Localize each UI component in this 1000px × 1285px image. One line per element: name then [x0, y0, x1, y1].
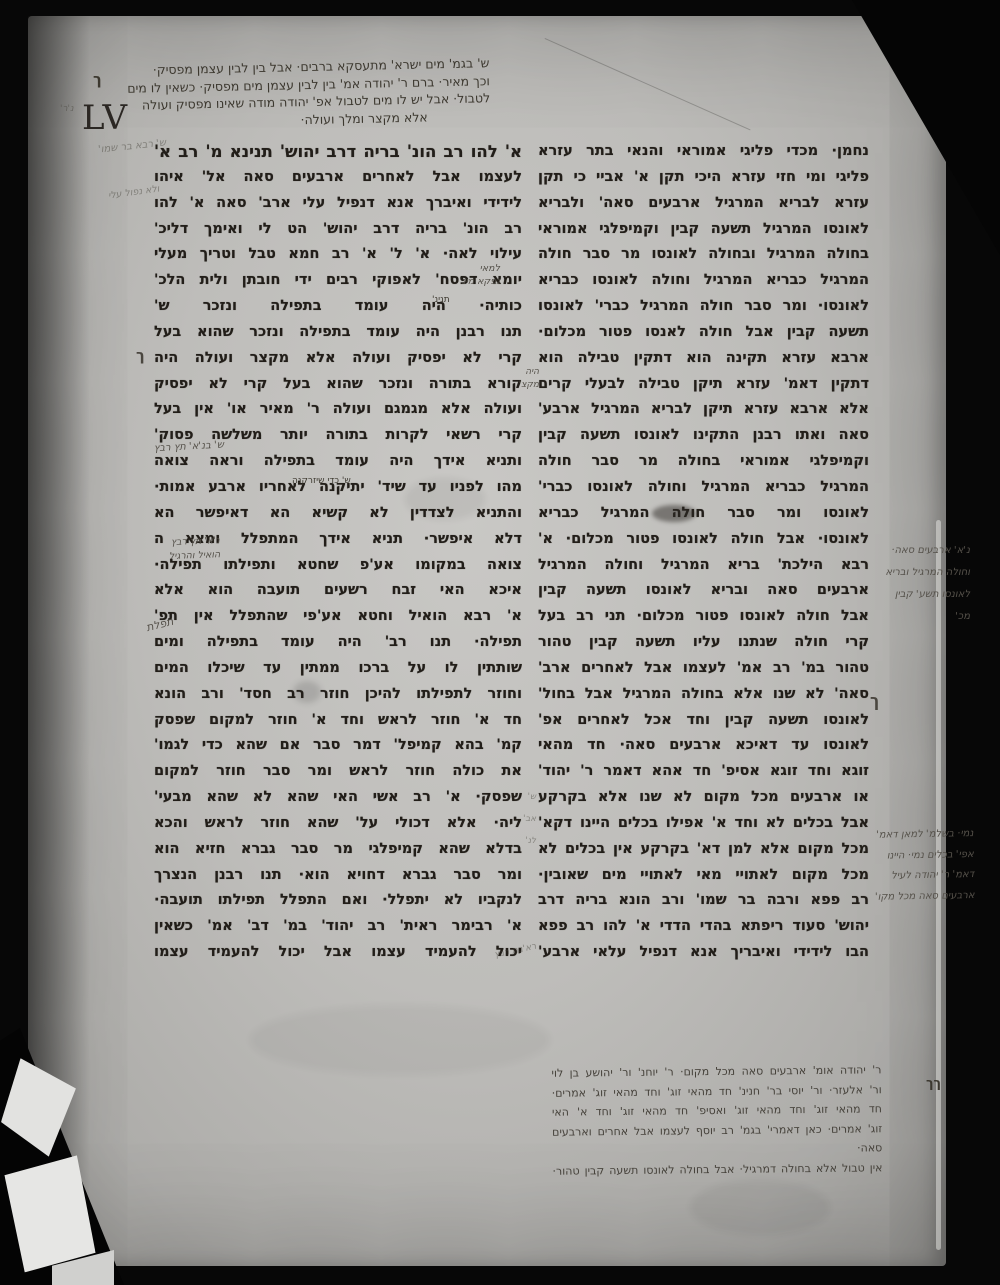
- text-line: ועולה אלא מגמגם ועולה ר' מאיר או' אין בע…: [154, 397, 522, 423]
- text-line: א' רבא הואיל וחטא אע'פי שהתפלל אין תפ': [154, 604, 522, 630]
- text-line: לעצמו אבל לאחרים ארבעים סאה אל' איהו: [154, 165, 522, 191]
- text-line: והתניא לצדדין לא קשיא הא דאיפשר הא: [154, 501, 522, 527]
- text-line: קרי חולה שנתנו עליו תשעה קבין טהור: [538, 630, 869, 656]
- text-line: סאה ואתו רבנן התקינו לאונסו תשעה קבין: [538, 423, 869, 449]
- left-margin-cursive-note: נ'א' תץ רבץהואיל והרגיל: [118, 534, 221, 566]
- text-line: ליה· אלא דכולי על' שהא חוזר לראש והכא: [154, 811, 522, 837]
- text-line: הבו לידידי ואיבריך אנא דנפיל עלאי ארבע': [538, 940, 869, 966]
- text-line: מכל מקום אלא למן דא' בקרקע אין בכלים לא: [538, 837, 869, 863]
- right-margin-siglum-kaf: ך: [870, 691, 879, 710]
- gloss-line: נמי· בשלמ' למאן דאמ': [861, 824, 973, 846]
- bottom-marginal-gloss: ר' יהודה אומ' ארבעים סאה מכל מקום· ר' יו…: [551, 1060, 882, 1180]
- text-line: אלא ארבא עזרא תיקן לבריא המרגיל ארבע': [538, 397, 869, 423]
- text-line: ארבעים סאה ובריא לאונסו תשעה קבין: [538, 578, 869, 604]
- folio-number: LV: [82, 98, 129, 138]
- right-margin-note-bottom: נמי· בשלמ' למאן דאמ'אפי' בכלים נמי· היינ…: [861, 824, 974, 908]
- text-line: לנקביו לא יתפלל· ואם התפלל תפילתו תועבה·: [154, 888, 522, 914]
- gutter-note-mekatzer: היהמקצ': [505, 366, 539, 392]
- text-line: פליגי ומי חזי עזרא היכי תקן א' אביי כי ת…: [538, 165, 869, 191]
- text-line: לאונסו תשעה קבין וחד אכל לאחרים אפ': [538, 708, 869, 734]
- text-line: שותתין לו על ברכו ממתין עד שיכלו המים: [154, 656, 522, 682]
- text-line: לאונסו עד דאיכא ארבעים סאה· חד מהאי: [538, 733, 869, 759]
- siglum-mark: אב': [512, 808, 536, 830]
- text-line: רבא הילכת' בריא המרגיל וחולה המרגיל: [538, 553, 869, 579]
- text-line: לידידי ואיברך אנא דנפיל עלי ארב' סאה א' …: [154, 191, 522, 217]
- nun-resh-siglum: נ'ר': [60, 104, 74, 114]
- text-line: יכול להעמיד עצמו אבל יכול להעמיד עצמו: [154, 940, 522, 966]
- text-line: ומר סבר גברא דחויא הוא· תנו רבנן הנצרך: [154, 863, 522, 889]
- text-line: נחמן· מכדי פליגי אמוראי והנאי בתר עזרא: [538, 139, 869, 165]
- left-margin-siglum-kaf: ך: [136, 346, 145, 364]
- text-line: מכל מקום לאתויי מאי לאתויי מים שאובין·: [538, 863, 869, 889]
- gloss-line: נ'א' ארבעים סאה·: [874, 540, 970, 562]
- text-line: אבל חולה לאונסו פטור מכלום· תני רב בעל: [538, 604, 869, 630]
- gloss-line: ארבעים סאה מכל מקו': [862, 886, 974, 908]
- ink-smudge-erasure: [652, 505, 696, 522]
- text-line: בחולה המרגיל ובחולה לאונסו מר סבר חולה: [538, 242, 869, 268]
- text-line: זוגא וחד זוגא אסיפ' חד אהא דאמר ר' יהוד': [538, 759, 869, 785]
- right-margin-note-top: נ'א' ארבעים סאה·וחולה המרגיל ובריאלאונסו…: [874, 540, 970, 628]
- gloss-line: למאי: [436, 262, 500, 275]
- text-line: תנו רבנן היה עומד בתפילה ונזכר שהוא בעל: [154, 320, 522, 346]
- text-line: או ארבעים מכל מקום לא שנו אלא בקרקע: [538, 785, 869, 811]
- main-text-column-right: נחמן· מכדי פליגי אמוראי והנאי בתר עזראפל…: [538, 139, 869, 966]
- text-line: את כולה חוזר לראש ומר סבר חוזר למקום: [154, 759, 522, 785]
- text-line: תפילה· תנו רב' היה עומד בתפילה ומים: [154, 630, 522, 656]
- gloss-line: דאמ' ר' יהודה לעיל: [862, 865, 974, 887]
- gloss-line: היה: [505, 366, 539, 379]
- top-marginal-gloss: ש' בגמ' מים ישרא' מתעסקא ברבים· אבל בין …: [124, 54, 490, 132]
- gloss-line: לאונסו תשע' קבין: [874, 584, 970, 606]
- gloss-line: נפקא מינ': [436, 275, 500, 288]
- stain: [250, 1005, 550, 1075]
- text-line: אבל בכלים לא וחד א' אפילו בכלים היינו דק…: [538, 811, 869, 837]
- text-line: לאונסו· ומר סבר חולה המרגיל כברי' לאונסו: [538, 294, 869, 320]
- text-line: יהוש' סעוד ריפתא בהדי הדדי א' להו רב פפא: [538, 914, 869, 940]
- siglum-mark: לנ': [512, 830, 536, 852]
- text-line: תשעה קבין אבל חולה לאנסו פטור מכלום·: [538, 320, 869, 346]
- text-line: שפסק· א' רב אשי האי שהא לא שהא מבעי': [154, 785, 522, 811]
- text-line: המרגיל כבריא המרגיל וחולה לאונסו כברי': [538, 475, 869, 501]
- gloss-line: מקצ': [505, 379, 539, 392]
- siglum-mark: ש': [512, 786, 536, 808]
- gloss-line: זוג' אמרים· כאן דאמרי' בגמ' רב יוסף לעצמ…: [552, 1119, 882, 1161]
- bottom-gloss-siglum: ךך: [926, 1076, 941, 1091]
- text-line: קמ' בהא קמיפל' דמר סבר אם שהא כדי לגמו': [154, 733, 522, 759]
- text-line: עזרא לבריא המרגיל ארבעים סאה' ולבריא: [538, 191, 869, 217]
- text-line: כותיה· היה עומד בתפילה ונזכר ש': [154, 294, 522, 320]
- text-line: א' להו רב הונ' בריה דרב יהוש' תנינא מ' ר…: [154, 139, 522, 165]
- text-line: קורא בתורה ונזכר שהוא בעל קרי לא יפסיק: [154, 372, 522, 398]
- text-line: טהור במ' רב אמ' לעצמו אבל לאחרים ארב': [538, 656, 869, 682]
- text-line: דתקין דאמ' עזרא תיקן טבילה לבעלי קרים: [538, 372, 869, 398]
- gutter-sigla-column: ש'אב'לנ': [512, 786, 536, 852]
- text-line: א' רבימר ראית' רב יהוד' במ' דב' אמ' כשאי…: [154, 914, 522, 940]
- manuscript-scan: LV ך נ'ר' ש' בגמ' מים ישרא' מתעסקא ברבים…: [0, 0, 1000, 1285]
- text-line: רב הונ' בריה דרב יהוש' הט לי ואימך דליכ': [154, 217, 522, 243]
- gloss-line: אפי' בכלים נמי· היינו: [862, 845, 974, 867]
- text-line: קרי לא יפסיק ועולה אלא מקצר ועולה היה: [154, 346, 522, 372]
- text-line: לאונסו· אבל חולה לאונסו פטור מכלום· א': [538, 527, 869, 553]
- text-line: לאונסו המרגיל תשעה קבין וקמיפלגי אמוראי: [538, 217, 869, 243]
- text-line: ארבא עזרא תקינה הוא דתקין טבילה הוא: [538, 346, 869, 372]
- text-line: וקמיפלגי אמוראי בחולה מר סבר חולה: [538, 449, 869, 475]
- text-line: המרגיל כבריא המרגיל וחולה לאונסו כבריא: [538, 268, 869, 294]
- text-line: חד א' חוזר לראש וחד א' חוזר למקום שפסק: [154, 708, 522, 734]
- gloss-line: וחולה המרגיל ובריא: [874, 562, 970, 584]
- text-line: ותניא אידך היה עומד בתפילה וראה צואה: [154, 449, 522, 475]
- interlinear-gloss: ש' כדי שיזרקנה: [292, 476, 351, 486]
- gloss-line: מכ': [874, 606, 970, 628]
- text-line: בדלא שהא קמיפלגי מר סבר גברא חזיא הוא: [154, 837, 522, 863]
- text-line: סאה' לא שנו אלא בחולה המרגיל אבל בחול': [538, 682, 869, 708]
- text-line: איכא האי זבח רשעים תועבה הוא אלא: [154, 578, 522, 604]
- stain: [690, 1180, 830, 1235]
- gutter-note-nafka-mina: למאינפקא מינ': [436, 262, 500, 288]
- gloss-line: אין טבול אלא בחולה דמרגיל· אבל בחולה לאו…: [552, 1158, 882, 1181]
- text-line: רב פפא ורבה בר שמו' ורב הונא בריה דרב: [538, 888, 869, 914]
- mishnah-marker: תנינ': [432, 295, 450, 305]
- censor-siglum-kaf: ך: [93, 70, 102, 88]
- text-line: לאונסו ומר סבר חולה המרגיל כבריא: [538, 501, 869, 527]
- text-line: וחוזר לתפילתו להיכן חוזר רב חסד' ורב הונ…: [154, 682, 522, 708]
